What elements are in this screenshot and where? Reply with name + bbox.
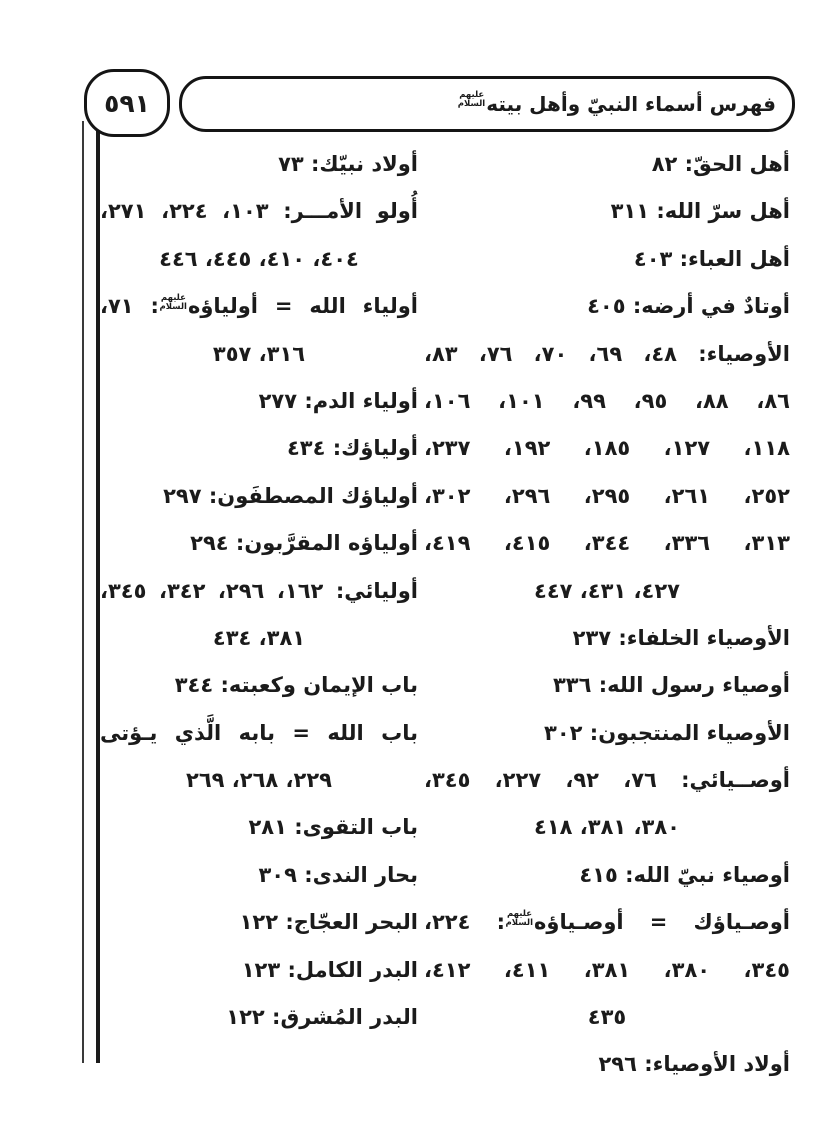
index-entry-continuation: ٣١٦، ٣٥٧ — [100, 331, 418, 378]
page-title: فهرس أسماء النبيّ وأهل بيته — [486, 92, 776, 116]
index-entry-continuation: ٣٨١، ٤٣٤ — [100, 615, 418, 662]
index-entry: أولاد نبيّك: ٧٣ — [100, 141, 418, 188]
index-entry-continuation: ٣٨٠، ٣٨١، ٤١٨ — [424, 804, 790, 851]
chapter-title-banner: فهرس أسماء النبيّ وأهل بيته عليهم السلام — [179, 76, 795, 132]
index-entry-pages: : ٢٢٤، — [424, 910, 505, 934]
index-entry: أوصــيائي: ٧٦، ٩٢، ٢٢٧، ٣٤٥، — [424, 757, 790, 804]
index-entry: أولاد الأوصياء: ٢٩٦ — [424, 1041, 790, 1088]
index-entry: البدر المُشرق: ١٢٢ — [100, 994, 418, 1041]
index-entry-continuation: ٢٢٩، ٢٦٨، ٢٦٩ — [100, 757, 418, 804]
index-entry: أهل الحقّ: ٨٢ — [424, 141, 790, 188]
index-entry-continuation: ٨٦، ٨٨، ٩٥، ٩٩، ١٠١، ١٠٦، — [424, 378, 790, 425]
index-entry-continuation: ٤٢٧، ٤٣١، ٤٤٧ — [424, 568, 790, 615]
index-entry-continuation: ٤٣٥ — [424, 994, 790, 1041]
page-number-badge: ٥٩١ — [84, 69, 170, 137]
index-entry: أهل سرّ الله: ٣١١ — [424, 188, 790, 235]
index-entry: أولياء الله = أولياؤهعليهم السلام: ٧١، ٢… — [100, 283, 418, 330]
index-column-left: أولاد نبيّك: ٧٣أُولو الأمـــر: ١٠٣، ٢٢٤،… — [100, 141, 418, 1089]
index-entry-continuation: ١١٨، ١٢٧، ١٨٥، ١٩٢، ٢٣٧، — [424, 425, 790, 472]
index-entry: أُولو الأمـــر: ١٠٣، ٢٢٤، ٢٧١، — [100, 188, 418, 235]
index-entry: أولياؤك المصطفَون: ٢٩٧ — [100, 473, 418, 520]
index-entry: أهل العباء: ٤٠٣ — [424, 236, 790, 283]
index-entry: بحار الندى: ٣٠٩ — [100, 852, 418, 899]
index-entry: أوتادٌ في أرضه: ٤٠٥ — [424, 283, 790, 330]
index-entry: أولياء الدم: ٢٧٧ — [100, 378, 418, 425]
index-entry: البحر العجّاج: ١٢٢ — [100, 899, 418, 946]
honorific-alayhim-assalam-icon: عليهم السلام — [458, 91, 485, 109]
index-entry-continuation: ٤٠٤، ٤١٠، ٤٤٥، ٤٤٦ — [100, 236, 418, 283]
margin-rule-thin — [82, 121, 84, 1063]
index-entry-text: أوصـياؤك = أوصـياؤه — [534, 910, 790, 934]
honorific-alayhim-assalam-icon: عليهم السلام — [160, 294, 187, 312]
book-page: ٥٩١ فهرس أسماء النبيّ وأهل بيته عليهم ال… — [0, 0, 826, 1147]
honorific-alayhim-assalam-icon: عليهم السلام — [506, 910, 533, 928]
index-entry-text: أولياء الله = أولياؤه — [188, 294, 418, 318]
index-entry: أوصياء نبيّ الله: ٤١٥ — [424, 852, 790, 899]
index-entry: الأوصياء المنتجبون: ٣٠٢ — [424, 710, 790, 757]
index-entry-continuation: ٣١٣، ٣٣٦، ٣٤٤، ٤١٥، ٤١٩، — [424, 520, 790, 567]
index-entry: أوصـياؤك = أوصـياؤهعليهم السلام: ٢٢٤، — [424, 899, 790, 946]
index-entry-continuation: ٢٥٢، ٢٦١، ٢٩٥، ٢٩٦، ٣٠٢، — [424, 473, 790, 520]
margin-rule-thick — [96, 127, 100, 1063]
index-entry: البدر الكامل: ١٢٣ — [100, 947, 418, 994]
index-entry: الأوصياء: ٤٨، ٦٩، ٧٠، ٧٦، ٨٣، — [424, 331, 790, 378]
index-entry: باب التقوى: ٢٨١ — [100, 804, 418, 851]
index-entry: أولياؤه المقرَّبون: ٢٩٤ — [100, 520, 418, 567]
index-entry-continuation: ٣٤٥، ٣٨٠، ٣٨١، ٤١١، ٤١٢، — [424, 947, 790, 994]
index-entry: باب الله = بابه الَّذي يـؤتى مـنه: — [100, 710, 418, 757]
page-number: ٥٩١ — [104, 89, 150, 118]
index-columns: أهل الحقّ: ٨٢أهل سرّ الله: ٣١١أهل العباء… — [100, 141, 790, 1089]
index-entry: باب الإيمان وكعبته: ٣٤٤ — [100, 662, 418, 709]
index-entry: أوليائي: ١٦٢، ٢٩٦، ٣٤٢، ٣٤٥، — [100, 568, 418, 615]
index-column-right: أهل الحقّ: ٨٢أهل سرّ الله: ٣١١أهل العباء… — [424, 141, 790, 1089]
index-entry: الأوصياء الخلفاء: ٢٣٧ — [424, 615, 790, 662]
index-entry: أولياؤك: ٤٣٤ — [100, 425, 418, 472]
index-entry: أوصياء رسول الله: ٣٣٦ — [424, 662, 790, 709]
